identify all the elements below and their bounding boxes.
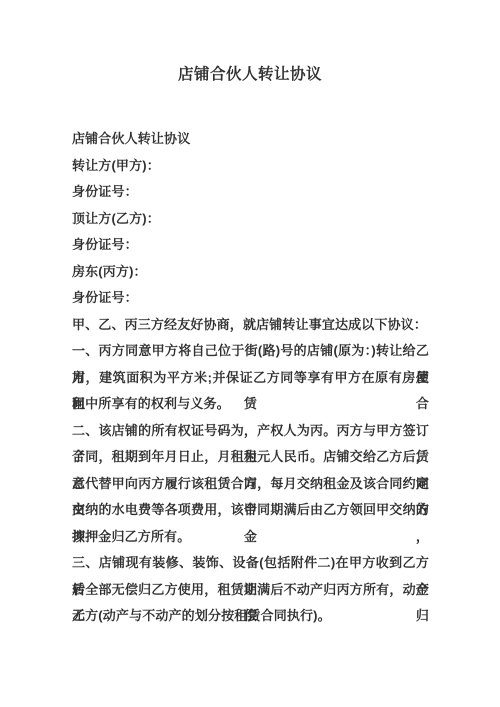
paragraph-line: 身份证号： [72, 285, 429, 312]
paragraph-line: 合同，租期到年月日止，月租为元人民币。店铺交给乙方后，乙方同 [72, 444, 429, 471]
paragraph-line: 意代替甲向丙方履行该租赁合同，每月交纳租金及该合同约定由甲方 [72, 471, 429, 498]
paragraph: 顶让方(乙方)： [72, 206, 429, 233]
paragraph: 身份证号： [72, 179, 429, 206]
paragraph: 身份证号： [72, 232, 429, 259]
paragraph: 一、丙方同意甲方将自己位于街(路)号的店铺(原为：)转让给乙方使用，建筑面积为平… [72, 338, 429, 418]
paragraph: 转让方(甲方)： [72, 153, 429, 180]
document-page: 店铺合伙人转让协议 店铺合伙人转让协议转让方(甲方)：身份证号：顶让方(乙方)：… [0, 0, 500, 707]
paragraph-line: 交纳的水电费等各项费用，该合同期满后由乙方领回甲交纳的押金， [72, 497, 429, 524]
paragraph-line: 一、丙方同意甲方将自己位于街(路)号的店铺(原为：)转让给乙方使 [72, 338, 429, 365]
paragraph-line: 顶让方(乙方)： [72, 206, 429, 233]
paragraph-line: 后全部无偿归乙方使用，租赁期满后不动产归丙方所有，动产无偿归 [72, 577, 429, 604]
paragraph-line: 甲、乙、丙三方经友好协商，就店铺转让事宜达成以下协议： [72, 312, 429, 339]
paragraph-line: 转让方(甲方)： [72, 153, 429, 180]
paragraph: 身份证号： [72, 285, 429, 312]
paragraph-line: 房东(丙方)： [72, 259, 429, 286]
paragraph-line: 身份证号： [72, 232, 429, 259]
paragraph-line: 二、该店铺的所有权证号码为，产权人为丙。丙方与甲方签订了租赁 [72, 418, 429, 445]
paragraph-line: 用，建筑面积为平方米;并保证乙方同等享有甲方在原有房屋租赁合 [72, 365, 429, 392]
paragraph-line: 三、店铺现有装修、装饰、设备(包括附件二)在甲方收到乙方转让金 [72, 550, 429, 577]
document-title: 店铺合伙人转让协议 [0, 0, 500, 85]
document-body: 店铺合伙人转让协议转让方(甲方)：身份证号：顶让方(乙方)：身份证号：房东(丙方… [72, 126, 429, 630]
paragraph: 甲、乙、丙三方经友好协商，就店铺转让事宜达成以下协议： [72, 312, 429, 339]
paragraph: 二、该店铺的所有权证号码为，产权人为丙。丙方与甲方签订了租赁合同，租期到年月日止… [72, 418, 429, 551]
paragraph-line: 店铺合伙人转让协议 [72, 126, 429, 153]
paragraph: 三、店铺现有装修、装饰、设备(包括附件二)在甲方收到乙方转让金后全部无偿归乙方使… [72, 550, 429, 630]
paragraph: 店铺合伙人转让协议 [72, 126, 429, 153]
paragraph: 房东(丙方)： [72, 259, 429, 286]
paragraph-line: 身份证号： [72, 179, 429, 206]
